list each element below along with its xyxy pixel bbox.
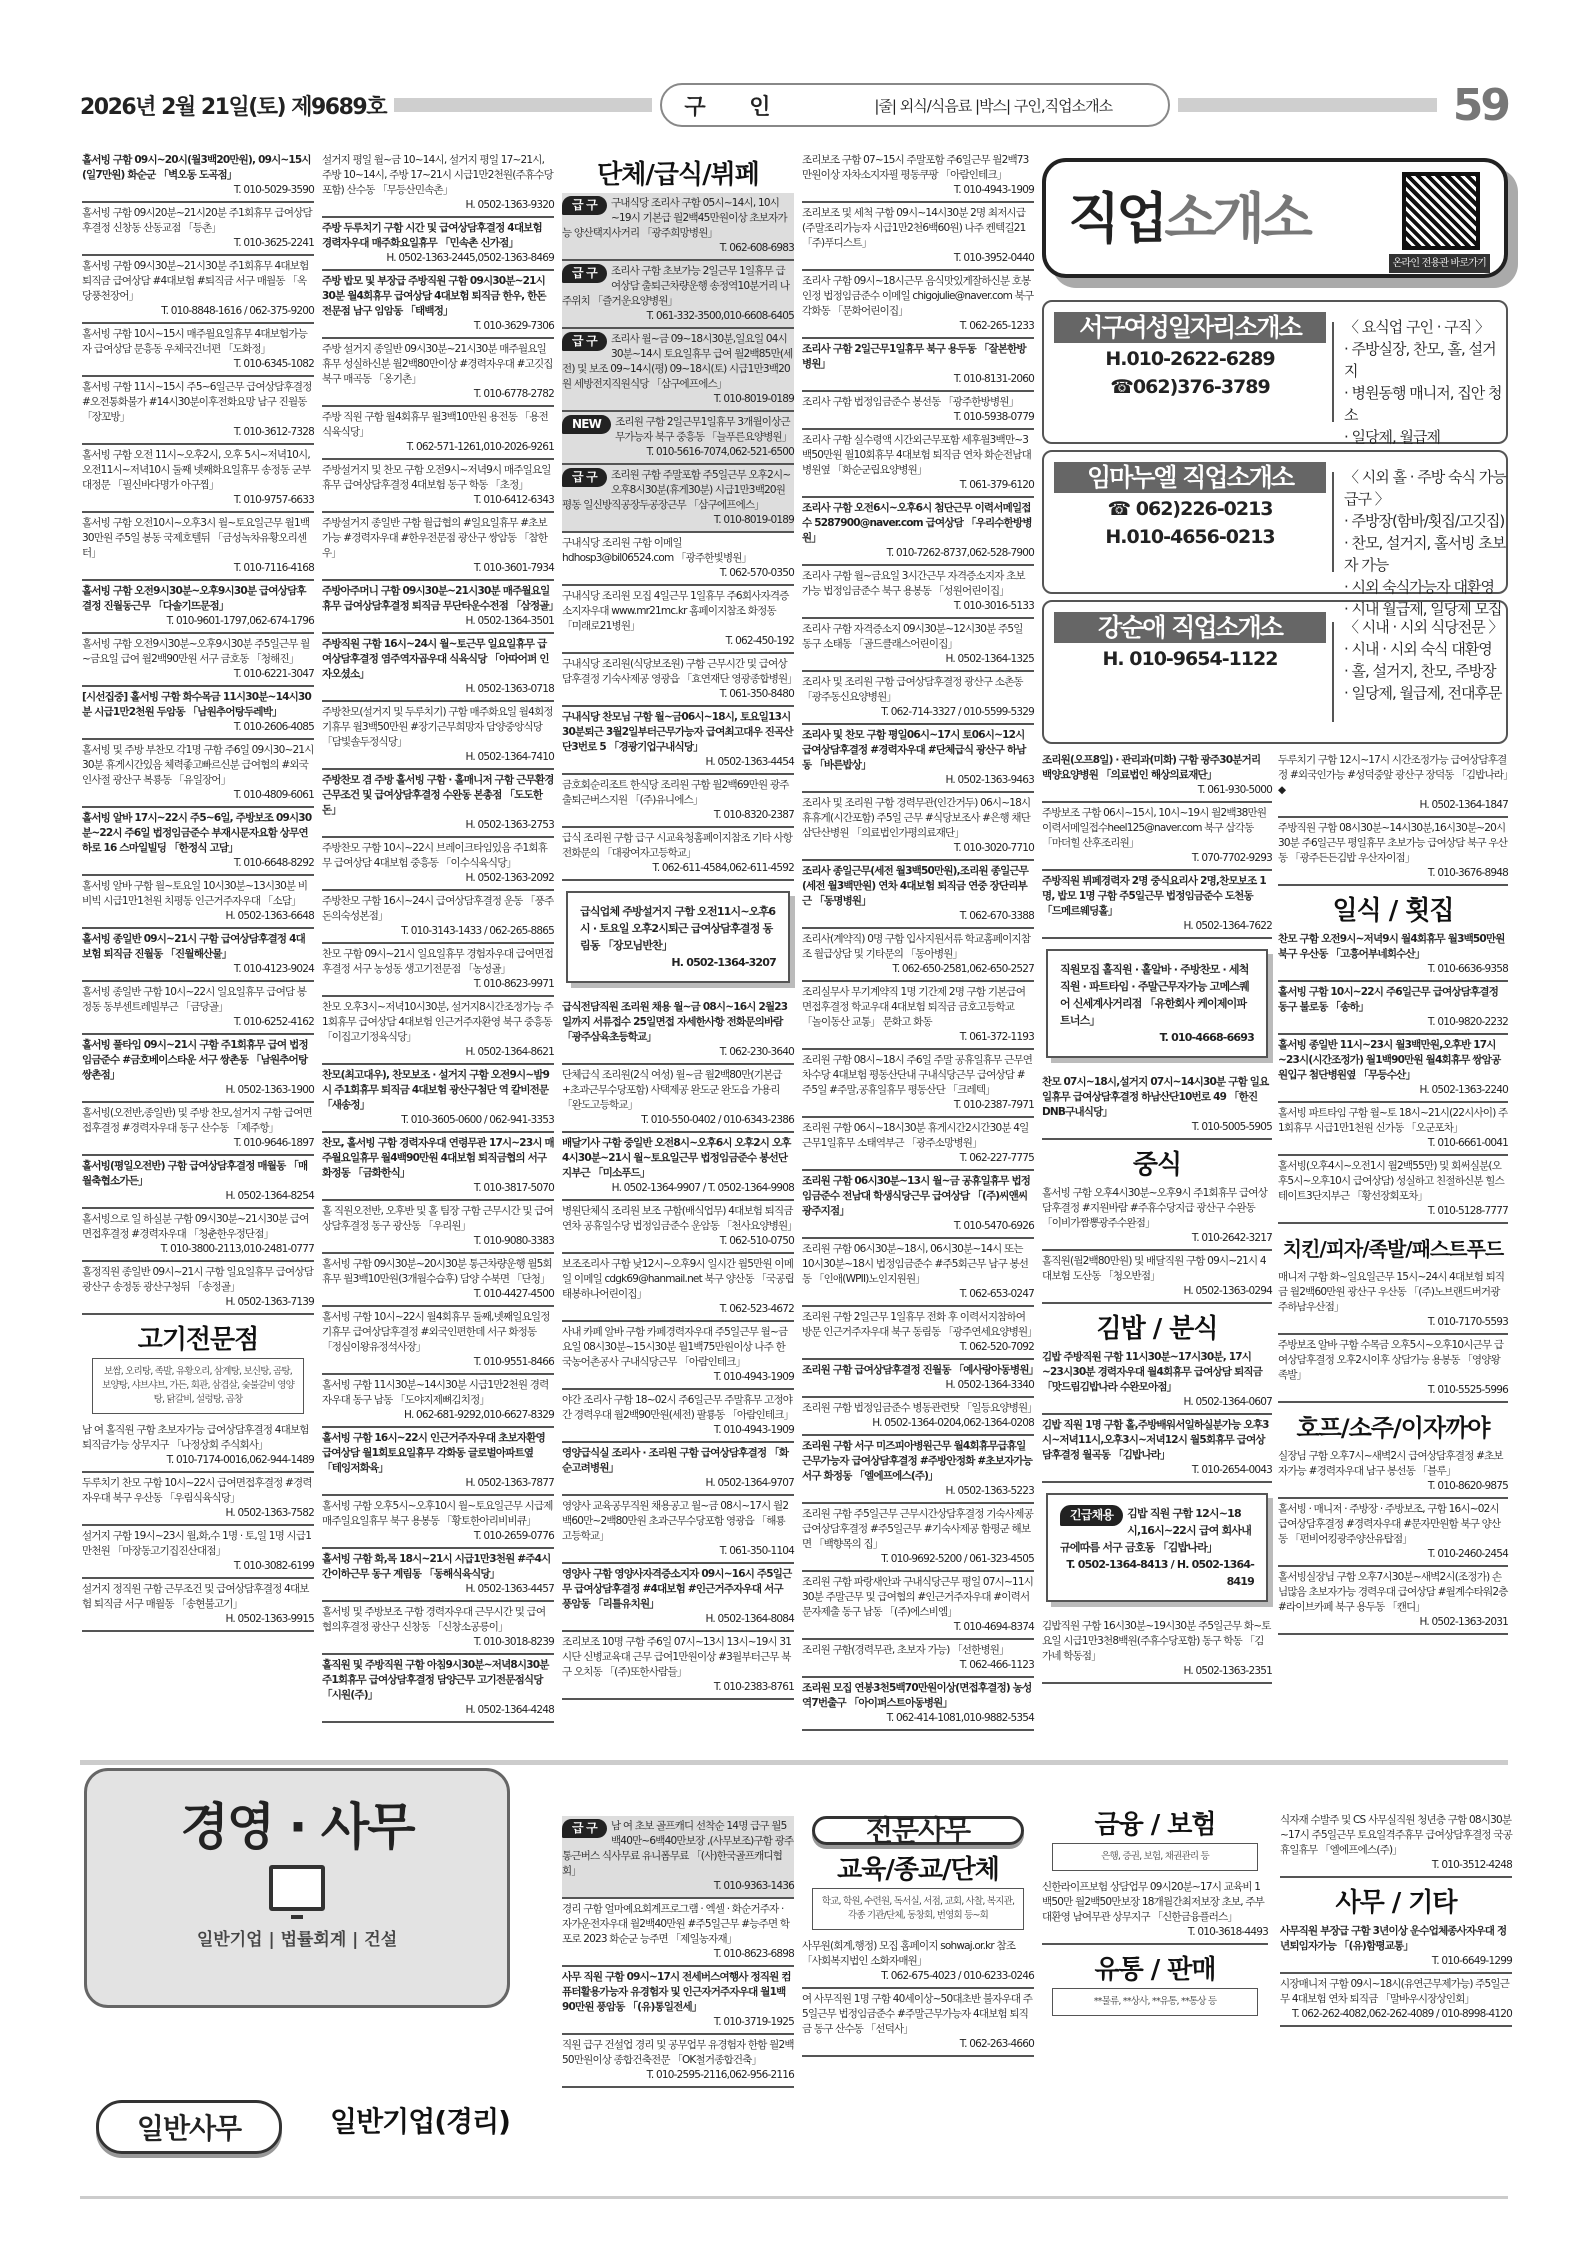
agency-divider	[1332, 322, 1334, 422]
ad-text: 홀직원 및 주방직원 구함 아침9시30분~저녁8시30분 주1회휴무 급여상담…	[322, 1659, 549, 1701]
ad-phone[interactable]: T. 010-3817-5070	[322, 1181, 554, 1196]
classified-ad: 조리원 구함 법정임금준수 병동관련탓 「일등요양병원」H. 0502-1364…	[802, 1398, 1034, 1436]
ad-phone[interactable]: T. 010-4943-1909	[562, 1370, 794, 1385]
agency-info: 〈 시내 · 시외 식당전문 〉· 시내 · 시외 숙식 대환영· 홀, 설거지…	[1344, 616, 1503, 704]
classified-ad: 홀서빙 구함 오전10시~오후3시 월~토요일근무 월1백30만원 주5일 봉동…	[82, 513, 314, 581]
ad-text: 사무원(회계,행정) 모집 홈페이지 sohwaj.or.kr 참조 「사회복지…	[802, 1940, 1015, 1967]
ad-phone[interactable]: T. 010-4694-8374	[802, 1620, 1034, 1635]
classified-ad: 홀서빙 풀타임 09시~21시 구함 주1회휴무 급여 법정임금준수 #금호베이…	[82, 1035, 314, 1103]
classified-ad: 사무 직원 구함 09시~17시 전세버스여행사 정직원 컴퓨터활용가능자 유경…	[562, 1967, 794, 2035]
ad-text: 영양사 교육공무직원 채용공고 월~금 08시~17시 월2백60만~2백80만…	[562, 1500, 788, 1542]
ad-phone[interactable]: H. 0502-1363-2092	[322, 871, 554, 886]
logo-text-a: 직업	[1068, 187, 1164, 250]
ad-phone[interactable]: H. 0502-1364-9707	[562, 1476, 794, 1491]
classified-ad: 홀서빙 종일반 구함 10시~22시 일요일휴무 급여담 봉정동 동부센트레빌부…	[82, 982, 314, 1035]
classified-ad: 시장매니저 구함 09시~18시(유연근무제가능) 주5일근무 4대보험 연차 …	[1280, 1974, 1512, 2027]
ad-text: 조리원(오프8일) · 관리과(미화) 구함 광주30분거리 백양요양병원 「의…	[1042, 754, 1260, 781]
ad-phone[interactable]: T. 010-8131-2060	[802, 372, 1034, 387]
ad-phone[interactable]: T. 061-350-1104	[562, 1544, 794, 1559]
ad-phone[interactable]: T. 062-675-4023 / 010-6233-0246	[802, 1969, 1034, 1984]
ad-phone[interactable]: T. 062-466-1123	[802, 1658, 1034, 1673]
ad-phone[interactable]: T. 010-6661-0041	[1278, 1136, 1508, 1151]
classified-ad: 설거지 정직원 구함 근무조건 및 급여상담후결정 4대보험 퇴직금 서구 매월…	[82, 1579, 314, 1632]
ad-text: 사무직원 부장급 구함 3년이상 운수업체종사자우대 정년퇴임자가능 「(유)함…	[1280, 1925, 1506, 1952]
column-5-right: 두루치기 구함 12시~17시 시간조정가능 급여상담후결정 #외국인가능 #성…	[1278, 750, 1508, 1684]
ad-phone[interactable]: T. 062-450-192	[562, 634, 794, 649]
ad-phone[interactable]: T. 010-7262-8737,062-528-7900	[802, 546, 1034, 561]
ad-text: 설거지 구함 19시~23시 월,화,수 1명 · 토,일 1명 시급1만천원 …	[82, 1530, 311, 1557]
ad-text: 홀서빙으로 일 하실분 구함 09시30분~21시30분 급여면접후결정 #경력…	[82, 1213, 309, 1240]
ad-phone[interactable]: H. 0502-1363-7582	[82, 1506, 314, 1521]
ad-phone[interactable]: H. 0502-1363-9915	[82, 1612, 314, 1627]
ad-phone[interactable]: H. 0502-1363-9320	[322, 198, 554, 213]
ad-phone[interactable]: H. 0502-1363-5223	[802, 1484, 1034, 1499]
ad-text: 찬모 구함 09시~21시 일요일휴무 경험자우대 급여면접후결정 서구 농성동…	[322, 948, 553, 975]
ad-text: 급식전담직원 조리원 채용 월~금 08시~16시 2월23일까지 서류접수 2…	[562, 1001, 787, 1043]
ad-phone[interactable]: T. 061-930-5000	[1042, 783, 1272, 798]
ad-phone[interactable]: H. 0502-1363-2351	[1042, 1664, 1272, 1679]
agency-info-line: 〈 시내 · 시외 식당전문 〉	[1344, 616, 1503, 638]
ad-phone[interactable]: T. 010-3082-6199	[82, 1559, 314, 1574]
section-heading: 교육/종교/단체	[802, 1863, 1034, 1878]
classified-ad: 홀서빙 구함 16시~22시 인근거주자우대 초보자환영 급여상담 월1회토요일…	[322, 1428, 554, 1496]
ad-text: 홀서빙 풀타임 09시~21시 구함 주1회휴무 급여 법정임금준수 #금호베이…	[82, 1039, 308, 1081]
agency-phone[interactable]: H.010-2622-6289	[1054, 347, 1326, 371]
ad-phone[interactable]: T. 062-523-4672	[562, 1302, 794, 1317]
ad-phone[interactable]: T. 010-4943-1909	[562, 1423, 794, 1438]
ad-phone[interactable]: T. 062-570-0350	[562, 566, 794, 581]
classified-ad: 홀서빙 구함 09시30분~20시30분 통근차량운행 월5회휴무 월3백10만…	[322, 1254, 554, 1307]
ad-phone[interactable]: T. 062-414-1081,010-9882-5354	[802, 1711, 1034, 1726]
ad-text: 홀직원(월2백80만원) 및 배달직원 구함 09시~21시 4대보험 도산동 …	[1042, 1255, 1266, 1282]
classified-ad: 홀서빙 알바 구함 월~토요일 10시30분~13시30분 비비빅 시급1만1천…	[82, 876, 314, 929]
ad-phone[interactable]: T. 010-2659-0776	[322, 1529, 554, 1544]
classified-ad: 사내 카페 알바 구함 카페경력자우대 주5일근무 월~금요일 08시30분~1…	[562, 1322, 794, 1390]
classified-ad: 조리사 구함 09시~18시근무 음식맛있게잘하신분 호봉인정 법정임금준수 이…	[802, 271, 1034, 339]
badge-urgent: 급 구	[562, 1819, 607, 1838]
classified-ad: 홀 직원오전반, 오후반 및 홀 팀장 구함 근무시간 및 급여상담후결정 동구…	[322, 1201, 554, 1254]
ad-phone[interactable]: T. 061-332-3500,010-6608-6405	[562, 309, 794, 324]
ad-text: 홀서빙(오후4시~오전1시 월2백55만) 및 회써실분(오후5시~오후10시 …	[1278, 1160, 1504, 1202]
ad-phone[interactable]: T. 010-6649-1299	[1280, 1954, 1512, 1969]
boxed-ad: 직원모집 홀직원 · 홀알바 · 주방찬모 · 세척직원 · 파트타임 · 주말…	[1046, 949, 1268, 1058]
office-ads-column: 급 구남 여 초보 골프캐디 선착순 14명 급구 월5백40만~6백40만보장…	[562, 1816, 794, 2088]
classified-ad: 홀서빙 구함 오전 11시~오후2시, 오후 5시~저녁10시, 오전11시~저…	[82, 445, 314, 513]
ad-text: 홀서빙 및 주방 부찬모 각1명 구함 주6일 09시30~21시30분 휴게시…	[82, 744, 314, 786]
ad-text: 조리원 구함 2일근무 1일휴무 전화 후 이력서지참하여 방문 인근거주자우대…	[802, 1311, 1037, 1338]
ad-text: 조리사 및 찬모 구함 평일06시~17시 토06시~12시 급여상담후결정 #…	[802, 729, 1026, 771]
ad-phone[interactable]: H. 0502-1364-7410	[322, 750, 554, 765]
ad-phone[interactable]: T. 010-3601-7934	[322, 561, 554, 576]
ad-text: 홀서빙 구함 오후4시30분~오후9시 주1회휴무 급여상담후결정 #지원바람 …	[1042, 1187, 1267, 1229]
ad-phone[interactable]: T. 010-3800-2113,010-2481-0777	[82, 1242, 314, 1257]
ad-phone[interactable]: T. 010-4943-1909	[802, 183, 1034, 198]
ad-phone[interactable]: T. 010-5470-6926	[802, 1219, 1034, 1234]
ad-phone[interactable]: T. 010-3618-4493	[1042, 1925, 1268, 1940]
ad-phone[interactable]: T. 0502-1364-8413 / H. 0502-1364-8419	[1060, 1556, 1254, 1590]
ad-phone[interactable]: H. 0502-1363-6648	[82, 909, 314, 924]
ad-text: 홀서빙 파트타임 구함 월~토 18시~21시(22시사이) 주1회휴무 시급1…	[1278, 1107, 1507, 1134]
ad-phone[interactable]: T. 062-510-0750	[562, 1234, 794, 1249]
ad-phone[interactable]: H. 0502-1363-4454	[562, 755, 794, 770]
ad-phone[interactable]: T. 010-6648-8292	[82, 856, 314, 871]
ad-text: 홀서빙 구함 10시~15시 매주월요일휴무 4대보험가능자 급여상담 문흥동 …	[82, 328, 307, 355]
ad-phone[interactable]: T. 062-611-4584,062-611-4592	[562, 861, 794, 876]
ad-phone[interactable]: H. 0502-1364-1847	[1278, 798, 1508, 813]
ad-phone[interactable]: T. 010-8620-9875	[1278, 1479, 1508, 1494]
ad-phone[interactable]: H. 0502-1364-0607	[1042, 1395, 1272, 1410]
job-agency-logo[interactable]: 직업소개소 온라인 전용관 바로가기	[1042, 158, 1508, 278]
classified-ad: 홀서빙(오후4시~오전1시 월2백55만) 및 회써실분(오후5시~오후10시 …	[1278, 1156, 1508, 1224]
ad-text: 조리원 구함 주5일근무 근무시간상담후결정 기숙사제공 급여상담후결정 #주5…	[802, 1508, 1033, 1550]
classified-ad: 조리원 모집 연봉3천5백70만원이상(면접후결정) 농성역7번출구 「아이퍼스…	[802, 1678, 1034, 1731]
ad-phone[interactable]: T. 062-571-1261,010-2026-9261	[322, 440, 554, 455]
ad-phone[interactable]: H. 0502-1363-0294	[1042, 1284, 1272, 1299]
section-heading: 호프/소주/이자까야	[1278, 1421, 1508, 1436]
classified-ad: 단체급식 조리원(2식 여성) 월~금 월2백80만(기본급+초과근무수당포함)…	[562, 1065, 794, 1133]
ad-phone[interactable]: H. 0502-1364-9907 / T. 0502-1364-9908	[562, 1181, 794, 1196]
classified-ad: 홀서빙 구함 09시20분~21시20분 주1회휴무 급여상담후결정 신창동 산…	[82, 203, 314, 256]
ad-text: 조리원 모집 연봉3천5백70만원이상(면접후결정) 농성역7번출구 「아이퍼스…	[802, 1682, 1031, 1709]
classified-ad: 조리사 및 찬모 구함 평일06시~17시 토06시~12시 급여상담후결정 #…	[802, 725, 1034, 793]
section-title: 구 인	[684, 90, 874, 121]
ad-phone[interactable]: H. 0502-1363-2753	[322, 818, 554, 833]
ad-phone[interactable]: T. 062-650-2581,062-650-2527	[802, 962, 1034, 977]
classified-ad: 홀서빙 및 주방보조 구함 경력자우대 근무시간 및 급여협의후결정 광산구 신…	[322, 1602, 554, 1655]
classified-ad: 조리원 구함 2일근무 1일휴무 전화 후 이력서지참하여 방문 인근거주자우대…	[802, 1307, 1034, 1360]
classified-ad: 조리사(계약직) 0명 구함 입사지원서류 학교홈페이지참조 월급상담 및 기타…	[802, 929, 1034, 982]
classified-ad: 조리사 및 조리원 구함 급여상담후결정 광산구 소촌동 「광주동신요양병원」T…	[802, 672, 1034, 725]
ad-phone[interactable]: T. 062-653-0247	[802, 1287, 1034, 1302]
ad-text: 식자재 수발주 및 CS 사무실직원 청년층 구함 08시30분~17시 주5일…	[1280, 1814, 1512, 1856]
classified-ad: 남 여 홀직원 구함 초보자가능 급여상담후결정 4대보험 퇴직금가능 상무지구…	[82, 1420, 314, 1473]
ad-phone[interactable]: T. 010-4668-6693	[1060, 1029, 1254, 1046]
ad-text: 구내식당 조리원(식당보조원) 구함 근무시간 및 급여상담후결정 기숙사제공 …	[562, 658, 797, 685]
ad-phone[interactable]: T. 061-372-1193	[802, 1030, 1034, 1045]
general-accounting-heading: 일반기업(경리)	[330, 2100, 510, 2140]
agency-phone[interactable]: ☎062)376-3789	[1054, 375, 1326, 399]
classified-ad: 조리보조 구함 07~15시 주말포함 주6일근무 월2백73만원이상 자차소지…	[802, 150, 1034, 203]
ad-phone[interactable]: H. 0502-1363-4457	[322, 1582, 554, 1597]
badge-urgent: 급 구	[562, 332, 607, 351]
ad-phone[interactable]: T. 010-2654-0043	[1042, 1463, 1272, 1478]
ad-phone[interactable]: T. 010-9080-3383	[322, 1234, 554, 1249]
ad-phone[interactable]: T. 010-4809-6061	[82, 788, 314, 803]
agency-phone[interactable]: H. 010-9654-1122	[1054, 647, 1326, 671]
ad-phone[interactable]: T. 062-265-1233	[802, 319, 1034, 334]
ad-text: 조리원 구함 08시~18시 주6일 주말 공휴일휴무 근무연차수당 4대보험 …	[802, 1054, 1032, 1096]
ad-phone[interactable]: T. 010-6252-4162	[82, 1015, 314, 1030]
classified-ad: NEW조리원 구함 2일근무1일휴무 3개월이상근무가능자 북구 중흥동 「늘푸…	[562, 412, 794, 465]
badge-urgent: 급 구	[562, 468, 607, 487]
ad-text: 경리 구함 얼마예요회계프로그램 · 엑셀 · 화순거주자 · 자가운전자우대 …	[562, 1903, 789, 1945]
ad-phone[interactable]: T. 010-5128-7777	[1278, 1204, 1508, 1219]
ad-phone[interactable]: T. 010-9646-1897	[82, 1136, 314, 1151]
column-5-left: 조리원(오프8일) · 관리과(미화) 구함 광주30분거리 백양요양병원 「의…	[1042, 750, 1272, 1684]
ad-phone[interactable]: T. 061-379-6120	[802, 478, 1034, 493]
classified-ad: 김밥 직원 1명 구함 홀,주방배워서일하실분가능 오후3시~저녁11시,오후3…	[1042, 1415, 1272, 1483]
classified-ad: 병원단체식 조리원 보조 구함(배식업무) 4대보험 퇴직금 연차 공휴일수당 …	[562, 1201, 794, 1254]
ad-phone[interactable]: T. 010-3676-8948	[1278, 866, 1508, 881]
ad-text: 금호회순리조트 한식당 조리원 구함 월2백69만원 광주출퇴근버스지원 「(주…	[562, 779, 789, 806]
ad-text: 병원단체식 조리원 보조 구함(배식업무) 4대보험 퇴직금 연차 공휴일수당 …	[562, 1205, 797, 1232]
logo-text-b: 소개소	[1164, 187, 1309, 250]
classified-ad: 매니저 구함 화~일요일근무 15시~24시 4대보험 퇴직금 월2백60만원 …	[1278, 1267, 1508, 1335]
section-heading: 일식 / 횟집	[1278, 904, 1508, 919]
ad-phone[interactable]: T. 010-9551-8466	[322, 1355, 554, 1370]
ad-phone[interactable]: T. 010-7170-5593	[1278, 1315, 1508, 1330]
classified-ad: 급식전담직원 조리원 채용 월~금 08시~16시 2월23일까지 서류접수 2…	[562, 997, 794, 1065]
ad-phone[interactable]: T. 010-3952-0440	[802, 251, 1034, 266]
classified-ad: 식자재 수발주 및 CS 사무실직원 청년층 구함 08시30분~17시 주5일…	[1280, 1810, 1512, 1878]
ad-phone[interactable]: T. 010-8019-0189	[562, 392, 794, 407]
ad-phone[interactable]: T. 010-7174-0016,062-944-1489	[82, 1453, 314, 1468]
section-heading: 사무 / 기타	[1280, 1896, 1512, 1911]
ad-text: 조리실무사 무기계약직 1명 기간제 2명 구함 기본급여면접후결정 학교우대 …	[802, 986, 1025, 1028]
ad-text: 김밥 주방직원 구함 11시30분~17시30분, 17시~23시30분 경력자…	[1042, 1351, 1262, 1393]
ad-phone[interactable]: T. 010-3143-1433 / 062-265-8865	[322, 924, 554, 939]
ad-phone[interactable]: H. 0502-1364-3340	[802, 1378, 1034, 1393]
ad-phone[interactable]: T. 010-2383-8761	[562, 1680, 794, 1695]
ad-phone[interactable]: T. 010-6636-9358	[1278, 962, 1508, 977]
ad-phone[interactable]: H. 0502-1363-7139	[82, 1295, 314, 1310]
ad-phone[interactable]: T. 010-3020-7710	[802, 841, 1034, 856]
ad-phone[interactable]: T. 010-5616-7074,062-521-6500	[562, 445, 794, 460]
ad-text: 주방설거지 및 찬모 구함 오전9시~저녁9시 매주일요일휴무 급여상담후결정 …	[322, 464, 551, 491]
ad-phone[interactable]: H. 062-681-9292,010-6627-8329	[322, 1408, 554, 1423]
ad-text: 찬모 07시~18시,설거지 07시~14시30분 구함 일요일휴무 급여상담후…	[1042, 1076, 1268, 1118]
agency-info-line: · 찬모, 설거지, 홀서빙 초보자 가능	[1344, 532, 1506, 576]
ad-text: 홀서빙 구함 11시30분~14시30분 시급1만2천원 경력자우대 동구 남동…	[322, 1379, 548, 1406]
ad-phone[interactable]: T. 010-8320-2387	[562, 808, 794, 823]
ad-text: 조리원 구함(경력무관, 초보자 가능) 「선한병원」	[802, 1644, 1009, 1656]
ad-text: 홀서빙 알바 구함 월~토요일 10시30분~13시30분 비비빅 시급1만1천…	[82, 880, 307, 907]
ad-phone[interactable]: H. 0502-1363-7877	[322, 1476, 554, 1491]
ad-phone[interactable]: T. 010-5938-0779	[802, 410, 1034, 425]
ad-phone[interactable]: T. 010-8623-6898	[562, 1947, 794, 1962]
ad-text: 실장님 구함 오후7시~새벽2시 급여상담후결정 #초보자가능 #경력자우대 남…	[1278, 1450, 1503, 1477]
ad-text: 주방직원 구함 08시30분~14시30분,16시30분~20시30분 주6일근…	[1278, 822, 1507, 864]
ad-text: 찬모, 홀서빙 구함 경력자우대 연령무관 17시~23시 매주월요일휴무 월4…	[322, 1137, 554, 1179]
ad-phone[interactable]: T. 062-520-7092	[802, 1340, 1034, 1355]
ad-phone[interactable]: T. 010-9692-5200 / 061-323-4505	[802, 1552, 1034, 1567]
ad-phone[interactable]: T. 070-7702-9293	[1042, 851, 1272, 866]
ad-phone[interactable]: T. 010-6778-2782	[322, 387, 554, 402]
ad-text: 홀서빙 및 주방보조 구함 경력자우대 근무시간 및 급여협의후결정 광산구 신…	[322, 1606, 545, 1633]
ad-text: 영양급식실 조리사 · 조리원 구함 급여상담후결정 「화순고려병원」	[562, 1447, 788, 1474]
category-tags: 은행, 증권, 보험, 채권관리 등	[1052, 1843, 1258, 1871]
ad-phone[interactable]: T. 010-2595-2116,062-956-2116	[562, 2068, 794, 2083]
ad-text: 홀서빙 종일반 구함 10시~22시 일요일휴무 급여담 봉정동 동부센트레빌부…	[82, 986, 306, 1013]
classified-ad: 홀서빙으로 일 하실분 구함 09시30분~21시30분 급여면접후결정 #경력…	[82, 1209, 314, 1262]
ad-phone[interactable]: T. 010-8019-0189	[562, 513, 794, 528]
classified-ad: 홀서빙(오전반,종일반) 및 주방 찬모,설거지 구함 급여면접후결정 #경력자…	[82, 1103, 314, 1156]
ad-phone[interactable]: T. 062-230-3640	[562, 1045, 794, 1060]
pro-office-heading: 전문사무	[812, 1816, 1024, 1845]
ad-phone[interactable]: T. 062-714-3327 / 010-5599-5329	[802, 705, 1034, 720]
classified-ad: 홀서빙 구함 11시30분~14시30분 시급1만2천원 경력자우대 동구 남동…	[322, 1375, 554, 1428]
ad-text: 조리사 구함 자격증소지 09시30분~12시30분 주5일 동구 소태동 「골…	[802, 623, 1023, 650]
qr-code-icon[interactable]	[1402, 172, 1480, 250]
ad-text: 사내 카페 알바 구함 카페경력자우대 주5일근무 월~금요일 08시30분~1…	[562, 1326, 787, 1368]
classified-ad: 주방 밥모 및 부장급 주방직원 구함 09시30분~21시30분 월4회휴무 …	[322, 271, 554, 339]
ad-text: 홀서빙 구함 09시20분~21시20분 주1회휴무 급여상담후결정 신창동 산…	[82, 207, 312, 234]
classified-ad: 구내식당 찬모님 구함 월~금06시~18시, 토요일13시30분퇴근 3월2일…	[562, 707, 794, 775]
classified-ad: 홀서빙 구함 10시~22시 주6일근무 급여상담후결정 동구 불로동 「송하」…	[1278, 982, 1508, 1035]
agency-phone[interactable]: ☎ 062)226-0213	[1054, 497, 1326, 521]
ad-text: 조리사 구함 오전6시~오후6시 첨단근무 이력서메일접수 5287900@na…	[802, 502, 1032, 544]
ad-text: 구내식당 조리원 구함 이메일 hdhosp3@bil06524.com 「광주…	[562, 537, 751, 564]
qr-label[interactable]: 온라인 전용관 바로가기	[1389, 254, 1490, 273]
ad-phone[interactable]: T. 010-550-0402 / 010-6343-2386	[562, 1113, 794, 1128]
category-tags: 학교, 학원, 수련원, 독서실, 서점, 교회, 사찰, 복지관, 각종 기관…	[812, 1888, 1024, 1930]
classified-ad: 홀서빙 구함 10시~22시 월4회휴무 둘째,넷째일요일정기휴무 급여상담후결…	[322, 1307, 554, 1375]
ad-phone[interactable]: T. 010-9601-1797,062-674-1796	[82, 614, 314, 629]
agency-phone[interactable]: H.010-4656-0213	[1054, 525, 1326, 549]
ad-phone[interactable]: T. 010-5005-5905	[1042, 1120, 1272, 1135]
classified-ad: 조리원(오프8일) · 관리과(미화) 구함 광주30분거리 백양요양병원 「의…	[1042, 750, 1272, 803]
ad-phone[interactable]: H. 0502-1363-1900	[82, 1083, 314, 1098]
ad-text: 홀서빙 구함 09시~20시(월3백20만원), 09시~15시(일7만원) 화…	[82, 154, 311, 181]
ad-text: 조리사 구함 2일근무1일휴무 북구 용두동 「잘본한방병원」	[802, 343, 1026, 370]
ad-phone[interactable]: T. 010-3605-0600 / 062-941-3353	[322, 1113, 554, 1128]
ad-phone[interactable]: T. 010-3512-4248	[1280, 1858, 1512, 1873]
ad-phone[interactable]: T. 010-3018-8239	[322, 1635, 554, 1650]
agency-info-line: · 일당제, 월급제	[1344, 426, 1506, 448]
urgent-hire-badge: 긴급채용	[1060, 1505, 1123, 1526]
ad-phone[interactable]: H. 0502-1363-2031	[1278, 1615, 1508, 1630]
ad-phone[interactable]: T. 010-3625-2241	[82, 236, 314, 251]
agency-divider	[1332, 622, 1334, 722]
pro-office-column: 전문사무교육/종교/단체학교, 학원, 수련원, 독서실, 서점, 교회, 사찰…	[802, 1800, 1034, 2057]
ad-phone[interactable]: H. 0502-1363-2445,0502-1363-8469	[322, 251, 554, 266]
classified-ad: 실장님 구함 오후7시~새벽2시 급여상담후결정 #초보자가능 #경력자우대 남…	[1278, 1446, 1508, 1499]
classified-ad: 급 구조리사 구함 초보가능 2일근무 1일휴무 급여상담 출퇴근차량운행 송정…	[562, 261, 794, 329]
ad-phone[interactable]: H. 0502-1363-9463	[802, 773, 1034, 788]
ad-text: [시선집중] 홀서빙 구함 화수목금 11시30분~14시30분 시급1만2천원…	[82, 691, 311, 718]
classified-ad: 경리 구함 얼마예요회계프로그램 · 엑셀 · 화순거주자 · 자가운전자우대 …	[562, 1899, 794, 1967]
ad-phone[interactable]: T. 010-5029-3590	[82, 183, 314, 198]
classified-ad: 급 구조리사 월~금 09~18시30분,일요일 04시30분~14시 토요일휴…	[562, 329, 794, 412]
ad-phone[interactable]: T. 010-8623-9971	[322, 977, 554, 992]
ad-phone[interactable]: T. 062-263-4660	[802, 2037, 1034, 2052]
classified-ad: 조리원 구함 파랑새안과 구내식당근무 평일 07시~11시30분 주말근무 및…	[802, 1572, 1034, 1640]
ad-text: 직원 급구 건설업 경리 및 공무업무 유경험자 한함 월2백50만원이상 종합…	[562, 2039, 794, 2066]
classified-ad: 홀서빙 구함 오전9시30분~오후9시30분 급여상담후결정 진월동근무 「다솔…	[82, 581, 314, 634]
ad-phone[interactable]: T. 010-2460-2454	[1278, 1547, 1508, 1562]
ad-phone[interactable]: H. 0502-1364-7622	[1042, 919, 1272, 934]
classified-ad: 홀서빙 구함 09시30분~21시30분 주1회휴무 4대보험 퇴직금 급여상담…	[82, 256, 314, 324]
general-office-heading: 일반사무	[96, 2100, 282, 2154]
ad-phone[interactable]: T. 062-227-7775	[802, 1151, 1034, 1166]
ad-text: 조리보조 구함 07~15시 주말포함 주6일근무 월2백73만원이상 자차소지…	[802, 154, 1029, 181]
ad-text: 조리사 및 조리원 구함 급여상담후결정 광산구 소촌동 「광주동신요양병원」	[802, 676, 1023, 703]
ad-phone[interactable]: T. 010-3719-1925	[562, 2015, 794, 2030]
ad-text: 조리원 구함 서구 미즈피아병원근무 월4회휴무급휴일근무가능자 급여상담후결정…	[802, 1440, 1032, 1482]
classified-ad: 주방 두루치기 구함 시간 및 급여상담후결정 4대보험 경력자우대 매주화요일…	[322, 218, 554, 271]
ad-phone[interactable]: T. 010-2387-7971	[802, 1098, 1034, 1113]
issue-date: 2026년 2월 21일(토) 제9689호	[80, 90, 386, 121]
ad-phone[interactable]: H. 0502-1364-3207	[580, 954, 776, 971]
page-header: 2026년 2월 21일(토) 제9689호 구 인 |줄| 외식/식음료 |박…	[80, 80, 1508, 130]
classified-ad: 조리사 구함 월~금요일 3시간근무 자격증소지자 초보가능 법정임금준수 북구…	[802, 566, 1034, 619]
ad-phone[interactable]: T. 010-3629-7306	[322, 319, 554, 334]
classified-ad: 홀서빙 및 주방 부찬모 각1명 구함 주6일 09시30~21시30분 휴게시…	[82, 740, 314, 808]
ad-phone[interactable]: H. 0502-1364-0204,062-1364-0208	[802, 1416, 1034, 1431]
ad-phone[interactable]: T. 062-608-6983	[562, 241, 794, 256]
ad-phone[interactable]: T. 010-2642-3217	[1042, 1231, 1272, 1246]
ad-text: 조리사 구함 실수령액 시간외근무포함 세후월3백만~3백50만원 월10회휴무…	[802, 434, 1031, 476]
ad-phone[interactable]: H. 0502-1364-3501	[322, 614, 554, 629]
ad-phone[interactable]: H. 0502-1363-0718	[322, 682, 554, 697]
ad-text: 주방직원 구함 16시~24시 월~토근무 일요일휴무 급여상담후결정 염주역자…	[322, 638, 549, 680]
ad-text: 주방찬모 구함 16시~24시 급여상담후결정 운동 「풍주돈의숙성본점」	[322, 895, 553, 922]
ad-phone[interactable]: T. 062-670-3388	[802, 909, 1034, 924]
ad-phone[interactable]: T. 010-3612-7328	[82, 425, 314, 440]
ad-phone[interactable]: H. 0502-1364-1325	[802, 652, 1034, 667]
classified-ad: 두루치기 찬모 구함 10시~22시 급여면접후결정 #경력자우대 북구 우산동…	[82, 1473, 314, 1526]
classified-ad: 주방보조 구함 06시~15시, 10시~19시 월2백38만원 이력서메일접수…	[1042, 803, 1272, 871]
ad-phone[interactable]: T. 010-5525-5996	[1278, 1383, 1508, 1398]
ad-phone[interactable]: T. 010-9820-2232	[1278, 1015, 1508, 1030]
ad-text: 홀서빙 알바 17시~22시 주5~6일, 주방보조 09시30분~22시 주6…	[82, 812, 311, 854]
ad-phone[interactable]: H. 0502-1364-8254	[82, 1189, 314, 1204]
ad-phone[interactable]: T. 010-6221-3047	[82, 667, 314, 682]
classified-ad: 조리사 구함 법정임금준수 봉선동 「광주한방병원」T. 010-5938-07…	[802, 392, 1034, 430]
ad-phone[interactable]: T. 062-262-4082,062-262-4089 / 010-8998-…	[1280, 2007, 1512, 2022]
ad-phone[interactable]: T. 010-9757-6633	[82, 493, 314, 508]
ad-text: 홀서빙 구함 오전9시30분~오후9시30분 주5일근무 월~금요일 급여 월2…	[82, 638, 310, 665]
ad-text: 직원모집 홀직원 · 홀알바 · 주방찬모 · 세척직원 · 파트타임 · 주말…	[1060, 963, 1249, 1027]
ad-text: 조리원 구함 파랑새안과 구내식당근무 평일 07시~11시30분 주말근무 및…	[802, 1576, 1033, 1618]
ad-phone[interactable]: H. 0502-1364-4248	[322, 1703, 554, 1718]
ad-text: 단체급식 조리원(2식 여성) 월~금 월2백80만(기본급+초과근무수당포함)…	[562, 1069, 782, 1111]
ad-text: 조리사 구함 법정임금준수 봉선동 「광주한방병원」	[802, 396, 1018, 408]
ad-phone[interactable]: T. 010-3016-5133	[802, 599, 1034, 614]
ad-phone[interactable]: T. 010-7116-4168	[82, 561, 314, 576]
ad-phone[interactable]: H. 0502-1364-8621	[322, 1045, 554, 1060]
boxed-ad: 급식업체 주방설거지 구함 오전11시~오후6시 · 토요일 오후2시퇴근 급여…	[566, 891, 790, 983]
ad-phone[interactable]: T. 010-6412-6343	[322, 493, 554, 508]
ad-text: 홀서빙 구함 오전 11시~오후2시, 오후 5시~저녁10시, 오전11시~저…	[82, 449, 311, 491]
ad-phone[interactable]: T. 010-2606-4085	[82, 720, 314, 735]
ad-phone[interactable]: T. 010-9363-1436	[562, 1879, 794, 1894]
ad-phone[interactable]: T. 010-4427-4500	[322, 1287, 554, 1302]
classified-ad: 조리사 구함 2일근무1일휴무 북구 용두동 「잘본한방병원」T. 010-81…	[802, 339, 1034, 392]
agency-info-line: · 일당제, 월급제, 전대후문	[1344, 682, 1503, 704]
agency-card: 강순애 직업소개소H. 010-9654-1122〈 시내 · 시외 식당전문 …	[1042, 600, 1508, 744]
ad-phone[interactable]: T. 010-6345-1082	[82, 357, 314, 372]
ad-text: 급식업체 주방설거지 구함 오전11시~오후6시 · 토요일 오후2시퇴근 급여…	[580, 905, 775, 952]
ad-phone[interactable]: H. 0502-1363-2240	[1278, 1083, 1508, 1098]
classified-ad: 조리원 구함 06시~18시30분 휴게시간2시간30분 4일근무1일휴무 소태…	[802, 1118, 1034, 1171]
management-title: 경영 · 사무	[87, 1787, 507, 1859]
ad-text: 구내식당 찬모님 구함 월~금06시~18시, 토요일13시30분퇴근 3월2일…	[562, 711, 793, 753]
ad-phone[interactable]: T. 010-8848-1616 / 062-375-9200	[82, 304, 314, 319]
ad-phone[interactable]: H. 0502-1364-8084	[562, 1612, 794, 1627]
classified-ad: 주방직원 구함 16시~24시 월~토근무 일요일휴무 급여상담후결정 염주역자…	[322, 634, 554, 702]
ad-text: 조리사 종일근무(세전 월3백50만원),조리원 종일근무(세전 월3백만원) …	[802, 865, 1028, 907]
classified-ad: 주방찬모 겸 주방 홀서빙 구함 · 홀매니저 구함 근무환경 근무조건 및 급…	[322, 770, 554, 838]
classified-ad: 조리사 구함 자격증소지 09시30분~12시30분 주5일 동구 소태동 「골…	[802, 619, 1034, 672]
classified-ad: [시선집중] 홀서빙 구함 화수목금 11시30분~14시30분 시급1만2천원…	[82, 687, 314, 740]
classified-ad: 설거지 구함 19시~23시 월,화,수 1명 · 토,일 1명 시급1만천원 …	[82, 1526, 314, 1579]
classified-ad: 홀서빙 구함 오후5시~오후10시 월~토요일근무 시급제 매주일요일휴무 북구…	[322, 1496, 554, 1549]
ad-text: 찬모(최고대우), 찬모보조 · 설거지 구함 오전9시~밤9시 주1회휴무 퇴…	[322, 1069, 549, 1111]
ad-phone[interactable]: T. 061-350-8480	[562, 687, 794, 702]
ad-text: 조리사 및 조리원 구함 경력무관(인간거두) 06시~18시휴휴게(시간포함)…	[802, 797, 1030, 839]
ad-phone[interactable]: T. 010-4123-9024	[82, 962, 314, 977]
